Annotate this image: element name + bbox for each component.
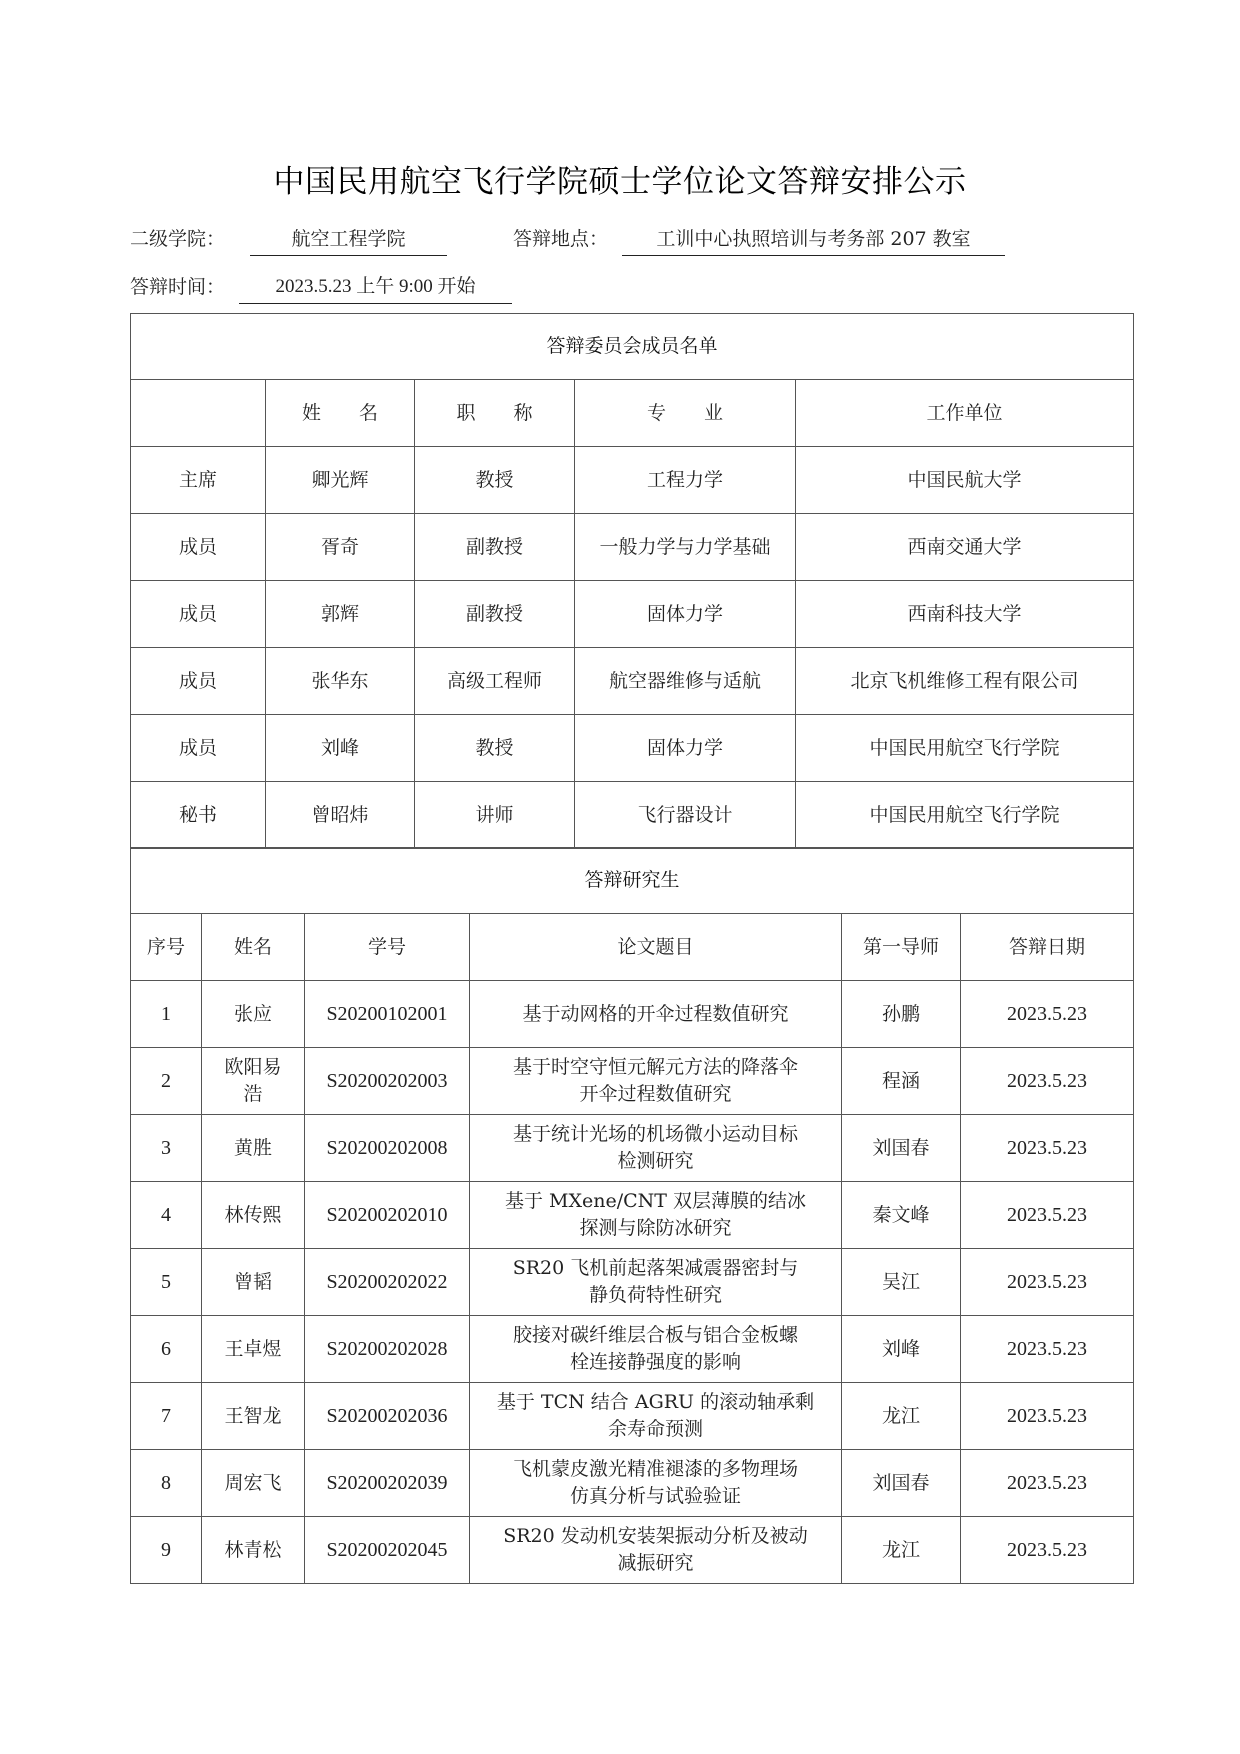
thesis-line-2: 仿真分析与试验验证 <box>474 1483 837 1510</box>
student-name: 欧阳易浩 <box>202 1048 305 1115</box>
member-name: 张华东 <box>266 648 415 715</box>
student-row: 7 王智龙 S20200202036 基于 TCN 结合 AGRU 的滚动轴承剩… <box>131 1383 1134 1450</box>
thesis-title: 基于时空守恒元解元方法的降落伞开伞过程数值研究 <box>470 1048 842 1115</box>
location-field: 答辩地点： <box>513 226 608 252</box>
header-affiliation: 工作单位 <box>796 380 1134 447</box>
member-affiliation: 西南科技大学 <box>796 581 1134 648</box>
defense-date: 2023.5.23 <box>961 1450 1134 1517</box>
member-major: 飞行器设计 <box>575 782 796 849</box>
student-id: S20200202045 <box>305 1517 470 1584</box>
student-no: 6 <box>131 1316 202 1383</box>
student-advisor: 龙江 <box>842 1517 961 1584</box>
header-thesis: 论文题目 <box>470 914 842 981</box>
committee-row: 成员 郭辉 副教授 固体力学 西南科技大学 <box>131 581 1134 648</box>
student-name: 张应 <box>202 981 305 1048</box>
time-label: 答辩时间： <box>130 274 225 300</box>
header-major: 专 业 <box>575 380 796 447</box>
thesis-line-1: SR20 发动机安装架振动分析及被动 <box>474 1523 837 1550</box>
member-role: 成员 <box>131 648 266 715</box>
committee-title-row: 答辩委员会成员名单 <box>131 314 1134 380</box>
member-role: 成员 <box>131 715 266 782</box>
time-value: 2023.5.23 上午 9:00 开始 <box>239 274 512 304</box>
location-value: 工训中心执照培训与考务部 207 教室 <box>622 226 1005 256</box>
thesis-line-2: 检测研究 <box>474 1148 837 1175</box>
students-header-row: 序号 姓名 学号 论文题目 第一导师 答辩日期 <box>131 914 1134 981</box>
defense-date: 2023.5.23 <box>961 1115 1134 1182</box>
member-role: 秘书 <box>131 782 266 849</box>
student-id: S20200202008 <box>305 1115 470 1182</box>
student-advisor: 程涵 <box>842 1048 961 1115</box>
defense-date: 2023.5.23 <box>961 1048 1134 1115</box>
committee-row: 成员 胥奇 副教授 一般力学与力学基础 西南交通大学 <box>131 514 1134 581</box>
student-no: 7 <box>131 1383 202 1450</box>
header-no: 序号 <box>131 914 202 981</box>
member-name: 刘峰 <box>266 715 415 782</box>
member-title: 副教授 <box>415 514 575 581</box>
member-title: 教授 <box>415 715 575 782</box>
thesis-title: SR20 飞机前起落架减震器密封与静负荷特性研究 <box>470 1249 842 1316</box>
committee-row: 秘书 曾昭炜 讲师 飞行器设计 中国民用航空飞行学院 <box>131 782 1134 849</box>
student-row: 3 黄胜 S20200202008 基于统计光场的机场微小运动目标检测研究 刘国… <box>131 1115 1134 1182</box>
committee-row: 成员 刘峰 教授 固体力学 中国民用航空飞行学院 <box>131 715 1134 782</box>
student-row: 8 周宏飞 S20200202039 飞机蒙皮激光精准褪漆的多物理场仿真分析与试… <box>131 1450 1134 1517</box>
student-no: 9 <box>131 1517 202 1584</box>
college-value: 航空工程学院 <box>250 226 447 256</box>
header-title: 职 称 <box>415 380 575 447</box>
thesis-line-1: SR20 飞机前起落架减震器密封与 <box>474 1255 837 1282</box>
thesis-line-1: 飞机蒙皮激光精准褪漆的多物理场 <box>474 1456 837 1483</box>
header-student-name: 姓名 <box>202 914 305 981</box>
student-no: 2 <box>131 1048 202 1115</box>
member-major: 固体力学 <box>575 581 796 648</box>
thesis-line-1: 基于统计光场的机场微小运动目标 <box>474 1121 837 1148</box>
student-no: 1 <box>131 981 202 1048</box>
student-advisor: 龙江 <box>842 1383 961 1450</box>
member-role: 成员 <box>131 514 266 581</box>
defense-date: 2023.5.23 <box>961 1383 1134 1450</box>
students-table: 答辩研究生 序号 姓名 学号 论文题目 第一导师 答辩日期 1 张应 S2020… <box>130 847 1134 1584</box>
member-title: 教授 <box>415 447 575 514</box>
member-title: 高级工程师 <box>415 648 575 715</box>
committee-section-title: 答辩委员会成员名单 <box>131 314 1134 380</box>
student-row: 9 林青松 S20200202045 SR20 发动机安装架振动分析及被动减振研… <box>131 1517 1134 1584</box>
thesis-title: 基于统计光场的机场微小运动目标检测研究 <box>470 1115 842 1182</box>
member-major: 工程力学 <box>575 447 796 514</box>
student-advisor: 秦文峰 <box>842 1182 961 1249</box>
student-row: 2 欧阳易浩 S20200202003 基于时空守恒元解元方法的降落伞开伞过程数… <box>131 1048 1134 1115</box>
student-row: 4 林传熙 S20200202010 基于 MXene/CNT 双层薄膜的结冰探… <box>131 1182 1134 1249</box>
thesis-line-1: 基于动网格的开伞过程数值研究 <box>474 1001 837 1028</box>
college-field: 二级学院： <box>130 226 225 252</box>
header-advisor: 第一导师 <box>842 914 961 981</box>
member-affiliation: 中国民用航空飞行学院 <box>796 782 1134 849</box>
member-major: 一般力学与力学基础 <box>575 514 796 581</box>
students-title-row: 答辩研究生 <box>131 848 1134 914</box>
thesis-line-1: 胶接对碳纤维层合板与铝合金板螺 <box>474 1322 837 1349</box>
page-title: 中国民用航空飞行学院硕士学位论文答辩安排公示 <box>0 160 1240 204</box>
committee-header-row: 姓 名 职 称 专 业 工作单位 <box>131 380 1134 447</box>
member-major: 固体力学 <box>575 715 796 782</box>
thesis-line-2: 栓连接静强度的影响 <box>474 1349 837 1376</box>
student-name: 林传熙 <box>202 1182 305 1249</box>
member-title: 讲师 <box>415 782 575 849</box>
committee-row: 主席 卿光辉 教授 工程力学 中国民航大学 <box>131 447 1134 514</box>
member-title: 副教授 <box>415 581 575 648</box>
student-id: S20200202036 <box>305 1383 470 1450</box>
thesis-line-1: 基于 MXene/CNT 双层薄膜的结冰 <box>474 1188 837 1215</box>
thesis-line-2: 减振研究 <box>474 1550 837 1577</box>
thesis-line-2: 开伞过程数值研究 <box>474 1081 837 1108</box>
student-name: 王智龙 <box>202 1383 305 1450</box>
student-id: S20200102001 <box>305 981 470 1048</box>
students-section-title: 答辩研究生 <box>131 848 1134 914</box>
location-label: 答辩地点： <box>513 226 608 252</box>
member-affiliation: 中国民用航空飞行学院 <box>796 715 1134 782</box>
member-affiliation: 中国民航大学 <box>796 447 1134 514</box>
member-affiliation: 北京飞机维修工程有限公司 <box>796 648 1134 715</box>
student-id: S20200202022 <box>305 1249 470 1316</box>
member-name: 曾昭炜 <box>266 782 415 849</box>
member-affiliation: 西南交通大学 <box>796 514 1134 581</box>
student-no: 5 <box>131 1249 202 1316</box>
header-role <box>131 380 266 447</box>
thesis-title: 胶接对碳纤维层合板与铝合金板螺栓连接静强度的影响 <box>470 1316 842 1383</box>
member-name: 郭辉 <box>266 581 415 648</box>
thesis-line-2: 探测与除防冰研究 <box>474 1215 837 1242</box>
student-name: 王卓煜 <box>202 1316 305 1383</box>
thesis-line-1: 基于 TCN 结合 AGRU 的滚动轴承剩 <box>474 1389 837 1416</box>
student-id: S20200202003 <box>305 1048 470 1115</box>
thesis-title: 飞机蒙皮激光精准褪漆的多物理场仿真分析与试验验证 <box>470 1450 842 1517</box>
student-advisor: 刘国春 <box>842 1450 961 1517</box>
header-student-id: 学号 <box>305 914 470 981</box>
committee-row: 成员 张华东 高级工程师 航空器维修与适航 北京飞机维修工程有限公司 <box>131 648 1134 715</box>
student-id: S20200202010 <box>305 1182 470 1249</box>
thesis-line-2: 静负荷特性研究 <box>474 1282 837 1309</box>
student-no: 8 <box>131 1450 202 1517</box>
defense-date: 2023.5.23 <box>961 1517 1134 1584</box>
student-row: 1 张应 S20200102001 基于动网格的开伞过程数值研究 孙鹏 2023… <box>131 981 1134 1048</box>
member-name: 卿光辉 <box>266 447 415 514</box>
student-row: 5 曾韬 S20200202022 SR20 飞机前起落架减震器密封与静负荷特性… <box>131 1249 1134 1316</box>
defense-date: 2023.5.23 <box>961 1316 1134 1383</box>
defense-date: 2023.5.23 <box>961 1249 1134 1316</box>
college-label: 二级学院： <box>130 226 225 252</box>
thesis-title: SR20 发动机安装架振动分析及被动减振研究 <box>470 1517 842 1584</box>
thesis-title: 基于动网格的开伞过程数值研究 <box>470 981 842 1048</box>
defense-date: 2023.5.23 <box>961 981 1134 1048</box>
thesis-title: 基于 TCN 结合 AGRU 的滚动轴承剩余寿命预测 <box>470 1383 842 1450</box>
member-name: 胥奇 <box>266 514 415 581</box>
student-name: 周宏飞 <box>202 1450 305 1517</box>
student-name: 曾韬 <box>202 1249 305 1316</box>
student-advisor: 刘国春 <box>842 1115 961 1182</box>
committee-table: 答辩委员会成员名单 姓 名 职 称 专 业 工作单位 主席 卿光辉 教授 工程力… <box>130 313 1134 849</box>
student-advisor: 吴江 <box>842 1249 961 1316</box>
thesis-title: 基于 MXene/CNT 双层薄膜的结冰探测与除防冰研究 <box>470 1182 842 1249</box>
student-id: S20200202039 <box>305 1450 470 1517</box>
thesis-line-1: 基于时空守恒元解元方法的降落伞 <box>474 1054 837 1081</box>
student-advisor: 孙鹏 <box>842 981 961 1048</box>
header-date: 答辩日期 <box>961 914 1134 981</box>
student-name: 林青松 <box>202 1517 305 1584</box>
student-advisor: 刘峰 <box>842 1316 961 1383</box>
thesis-line-2: 余寿命预测 <box>474 1416 837 1443</box>
member-major: 航空器维修与适航 <box>575 648 796 715</box>
defense-date: 2023.5.23 <box>961 1182 1134 1249</box>
student-row: 6 王卓煜 S20200202028 胶接对碳纤维层合板与铝合金板螺栓连接静强度… <box>131 1316 1134 1383</box>
student-no: 3 <box>131 1115 202 1182</box>
student-name: 黄胜 <box>202 1115 305 1182</box>
member-role: 主席 <box>131 447 266 514</box>
header-name: 姓 名 <box>266 380 415 447</box>
member-role: 成员 <box>131 581 266 648</box>
time-field: 答辩时间： <box>130 274 225 300</box>
student-id: S20200202028 <box>305 1316 470 1383</box>
student-no: 4 <box>131 1182 202 1249</box>
